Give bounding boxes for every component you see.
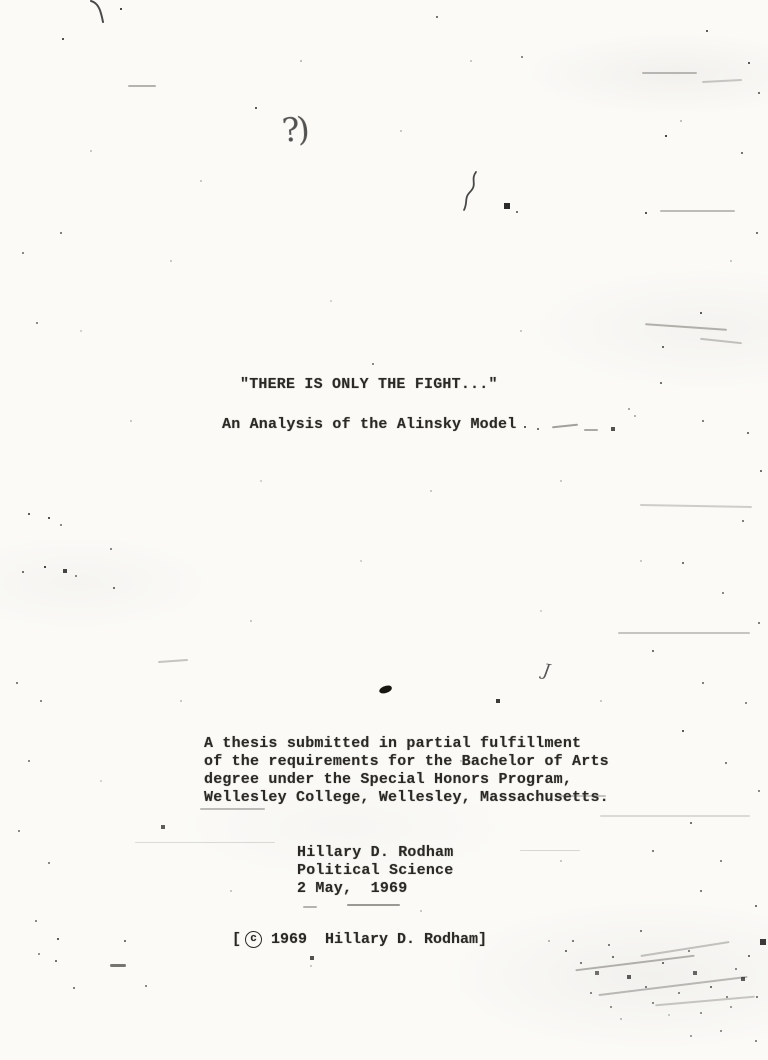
smudge-streak [128,85,156,87]
copyright-text: 1969 Hillary D. Rodham] [262,931,487,948]
thesis-title: "THERE IS ONLY THE FIGHT..." [240,376,498,393]
submission-line: Wellesley College, Wellesley, Massachuse… [204,789,609,807]
smudge-streak [645,323,727,331]
copyright-open-bracket: [ [232,931,241,948]
smudge-streak [618,632,750,634]
thesis-subtitle: An Analysis of the Alinsky Model [222,416,516,433]
copyright-symbol-icon: c [245,931,262,948]
smudge-streak [135,842,275,843]
smudge-streak [700,338,742,344]
smudge-streak [598,976,747,996]
smudge-streak [655,996,755,1007]
smudge-streak [158,659,188,663]
scan-noise-specks [0,0,2,2]
submission-statement: A thesis submitted in partial fulfillmen… [204,735,609,807]
faded-stamp-mark: ?) [280,109,308,150]
smudge-streak [600,815,750,817]
submission-line: A thesis submitted in partial fulfillmen… [204,735,609,753]
author-date: 2 May, 1969 [297,880,453,898]
author-underline-dash [303,906,317,908]
smudge-streak [642,72,697,74]
scanned-thesis-title-page: "THERE IS ONLY THE FIGHT..." An Analysis… [0,0,768,1060]
smudge-streak [200,808,265,810]
smudge-streak [520,850,580,851]
ink-blot [378,685,392,695]
author-block: Hillary D. Rodham Political Science 2 Ma… [297,844,453,898]
stray-pen-mark: J [541,661,551,682]
author-underline-dash [347,904,400,906]
smudge-streak [110,964,126,967]
smudge-streak [660,210,735,212]
smudge-streak [575,955,694,972]
author-name: Hillary D. Rodham [297,844,453,862]
copyright-line: [ c 1969 Hillary D. Rodham] [232,931,487,948]
smudge-streak [640,941,729,957]
smudge-streak [702,79,742,83]
pen-squiggle-mark [455,170,485,212]
scan-noise-specks-light [0,0,2,2]
submission-line: degree under the Special Honors Program, [204,771,609,789]
smudge-streak [552,424,578,429]
author-department: Political Science [297,862,453,880]
submission-line: of the requirements for the Bachelor of … [204,753,609,771]
smudge-streak [584,429,598,431]
smudge-streak [640,504,752,508]
corner-hook-mark [88,0,110,24]
